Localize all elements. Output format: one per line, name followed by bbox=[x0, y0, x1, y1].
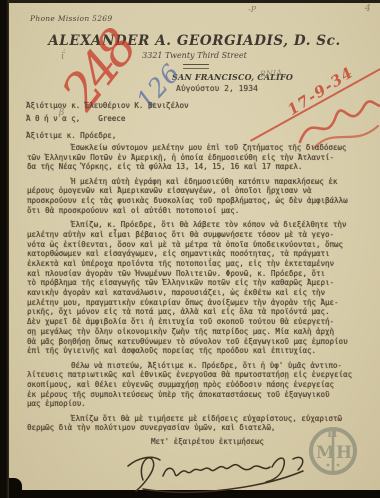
body-paragraph: Ἐσωκλείω σύντομον μελέτην μου ἐπὶ τοῦ ζη… bbox=[27, 143, 372, 172]
body-line: μας ἐμπορίου. bbox=[27, 399, 372, 409]
body-line: Θέλω νὰ πιστεύω, Ἀξιότιμε κ. Πρόεδρε, ὅτ… bbox=[27, 361, 372, 371]
body-line: θὰ μᾶς βοηθήσῃ ὅπως κατευθύνωμεν τὸ σύνο… bbox=[27, 337, 372, 347]
letter-date: Αὐγούστου 2, 1934 bbox=[176, 84, 258, 94]
red-pencil-scribble bbox=[296, 90, 380, 150]
body-line: τὸ πρόβλημα τῆς εἰσαγωγῆς τῶν Ἑλληνικῶν … bbox=[27, 278, 372, 288]
body-line: νότα ὡς ἐκτίθενται, ὅσον καὶ μὲ τὰ μέτρα… bbox=[27, 240, 372, 250]
body-line: ἐπὶ τῆς ὑγιεινῆς καὶ ἀσφαλοῦς πορείας τῆ… bbox=[27, 346, 372, 356]
letter-body: Ἐσωκλείω σύντομον μελέτην μου ἐπὶ τοῦ ζη… bbox=[27, 143, 372, 438]
scan-edge-top bbox=[0, 0, 380, 3]
letterhead-name: ALEXANDER A. GEORGIADIS, D. Sc. bbox=[9, 33, 380, 49]
pencil-mark-top-center: -Ρ bbox=[248, 5, 256, 14]
body-line: σκοπίμους, καὶ θέλει εὐγενῶς συμμαχήσῃ π… bbox=[27, 380, 372, 390]
body-line: προσκρούουν εἰς τὰς φυσικὰς δυσκολίας το… bbox=[27, 196, 372, 206]
body-line: τῶν Ἑλληνικῶν Ποτῶν ἐν Ἀμερικῇ, ἡ ὁποία … bbox=[27, 153, 372, 163]
svg-text:Η: Η bbox=[336, 443, 352, 463]
letterhead-divider bbox=[183, 64, 209, 69]
handwritten-city-suffix: RNIA bbox=[260, 68, 283, 79]
body-line: δα τῆς Νέας Ὑόρκης, εἰς τὰ φύλλα 13, 14,… bbox=[27, 162, 372, 172]
svg-text:Μ: Μ bbox=[316, 443, 335, 463]
body-line: ὅτι θὰ προσκρούουν καὶ οἱ αὐτόθι ποτοποι… bbox=[27, 206, 372, 216]
archive-stamp: Μ Η Π bbox=[303, 421, 363, 481]
scan-edge-left bbox=[0, 0, 9, 498]
body-line: Ἐλπίζω, κ. Πρόεδρε, ὅτι θὰ λάβετε τὸν κό… bbox=[27, 220, 372, 230]
recipient-block: Ἀξιότιμον κ. Ἐλευθέριον Κ. Βενιζέλον Ἀ θ… bbox=[26, 101, 189, 127]
body-paragraph: Θέλω νὰ πιστεύω, Ἀξιότιμε κ. Πρόεδρε, ὅτ… bbox=[27, 361, 372, 410]
body-line: μέρους ὁμογενῶν καὶ Ἀμερικανῶν εἰσαγωγέω… bbox=[27, 186, 372, 196]
body-paragraph: Ἐλπίζω, κ. Πρόεδρε, ὅτι θὰ λάβετε τὸν κό… bbox=[27, 220, 372, 356]
body-line: κανικὴν ἀγορὰν καὶ κατανάλωσιν, παρουσιά… bbox=[27, 288, 372, 298]
body-line: μελέτην αὐτὴν καὶ εἶμαι βέβαιος ὅτι θὰ σ… bbox=[27, 230, 372, 240]
body-line: Ἡ μελέτη αὐτὴ ἐγράφη καὶ ἐδημοσιεύθη κατ… bbox=[27, 177, 372, 187]
recipient-line: Ἀξιότιμον κ. Ἐλευθέριον Κ. Βενιζέλον bbox=[26, 101, 189, 111]
body-paragraph: Ἡ μελέτη αὐτὴ ἐγράφη καὶ ἐδημοσιεύθη κατ… bbox=[27, 177, 372, 216]
body-line: σῃ μεγάλως τὴν ὅλην οἰκονομικὴν ζωὴν τῆς… bbox=[27, 327, 372, 337]
body-line: λίτευσις πατριωτικῶς καὶ ἐθνικῶς ἐνεργοῦ… bbox=[27, 370, 372, 380]
body-line: Δὲν χωρεῖ δὲ ἀμφιβολία ὅτι ἡ ἐπιτυχία το… bbox=[27, 317, 372, 327]
body-line: μελέτην μου, πραγματικὴν εὐκαιρίαν ὅπως … bbox=[27, 298, 372, 308]
salutation: Ἀξιότιμε κ. Πρόεδρε, bbox=[26, 131, 116, 141]
body-line: ἐκλεκτὰ καὶ ὑπέροχα προϊόντα τῆς ποτοποι… bbox=[27, 259, 372, 269]
body-line: Ἐσωκλείω σύντομον μελέτην μου ἐπὶ τοῦ ζη… bbox=[27, 143, 372, 153]
body-line: ἐκ μέρους τῆς συμπολιτεύσεως ὑπὲρ τῆς ἀπ… bbox=[27, 390, 372, 400]
pencil-mark-left-top: ΐ bbox=[61, 52, 65, 62]
handwritten-signature-scrawl bbox=[115, 446, 315, 496]
body-line: κατορθώσωμεν καὶ εἰσαγάγωμεν, εἰς σημαντ… bbox=[27, 249, 372, 259]
body-line: ρικῆς, ὄχι μόνον εἰς τὰ ποτά μας, ἀλλὰ κ… bbox=[27, 307, 372, 317]
letter-paper: Phone Mission 5269 ALEXANDER A. GEORGIAD… bbox=[0, 0, 380, 498]
body-line: καὶ πλουσίαν ἀγορὰν τῶν Ἡνωμένων Πολιτει… bbox=[27, 269, 372, 279]
recipient-line: Ἀ θ ή ν α ς, Greece bbox=[26, 114, 189, 124]
pencil-mark-top-right: 4 bbox=[365, 4, 371, 14]
svg-text:Π: Π bbox=[327, 427, 337, 440]
